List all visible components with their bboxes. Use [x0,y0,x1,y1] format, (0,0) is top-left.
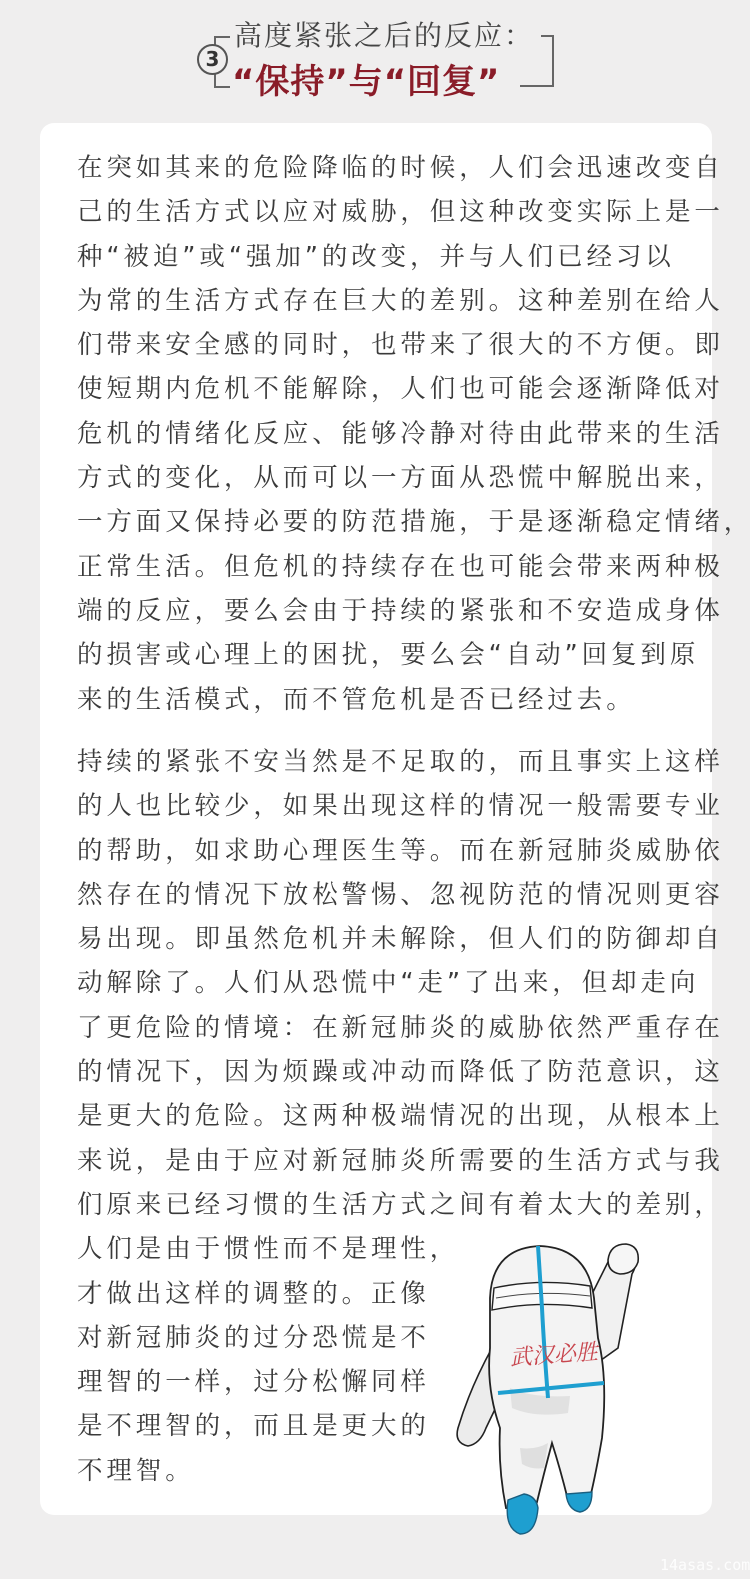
text-line: 了更危险的情境：在新冠肺炎的威胁依然严重存在 [77,1006,677,1050]
text-line: 持续的紧张不安当然是不足取的，而且事实上这样 [77,740,677,784]
text-line: 种“被迫”或“强加”的改变，并与人们已经习以 [77,235,677,279]
text-line: 然存在的情况下放松警惕、忽视防范的情况则更容 [77,873,677,917]
text-line: 来说，是由于应对新冠肺炎所需要的生活方式与我 [77,1139,677,1183]
text-line: 的损害或心理上的困扰，要么会“自动”回复到原 [77,633,677,677]
text-line: 易出现。即虽然危机并未解除，但人们的防御却自 [77,917,677,961]
text-line: 的帮助，如求助心理医生等。而在新冠肺炎威胁依 [77,829,677,873]
right-bracket-vertical [552,35,554,87]
text-line: 危机的情绪化反应、能够冷静对待由此带来的生活 [77,412,677,456]
text-line: 方式的变化，从而可以一方面从恐慌中解脱出来， [77,456,677,500]
medical-worker-illustration: 武汉必胜 [440,1238,660,1538]
text-line: 端的反应，要么会由于持续的紧张和不安造成身体 [77,589,677,633]
section-header: 3 高度紧张之后的反应： “保持”与“回复” [0,0,750,110]
text-line: 正常生活。但危机的持续存在也可能会带来两种极 [77,545,677,589]
watermark-text: 14asas.com [660,1556,750,1574]
text-line: 是更大的危险。这两种极端情况的出现，从根本上 [77,1094,677,1138]
text-line: 动解除了。人们从恐慌中“走”了出来，但却走向 [77,961,677,1005]
paragraph-1: 在突如其来的危险降临的时候，人们会迅速改变自 己的生活方式以应对威胁，但这种改变… [77,146,677,722]
section-title: 高度紧张之后的反应： [234,14,534,54]
text-line: 使短期内危机不能解除，人们也可能会逐渐降低对 [77,367,677,411]
right-bracket-bottom [520,85,554,87]
text-line: 己的生活方式以应对威胁，但这种改变实际上是一 [77,190,677,234]
text-line: 的人也比较少，如果出现这样的情况一般需要专业 [77,784,677,828]
text-line: 为常的生活方式存在巨大的差别。这种差别在给人 [77,279,677,323]
text-line: 在突如其来的危险降临的时候，人们会迅速改变自 [77,146,677,190]
text-line: 来的生活模式，而不管危机是否已经过去。 [77,678,677,722]
text-line: 的情况下，因为烦躁或冲动而降低了防范意识，这 [77,1050,677,1094]
text-line: 们原来已经习惯的生活方式之间有着太大的差别， [77,1183,677,1227]
text-line: 们带来安全感的同时，也带来了很大的不方便。即 [77,323,677,367]
section-subtitle: “保持”与“回复” [232,54,500,103]
text-line: 一方面又保持必要的防范措施，于是逐渐稳定情绪， [77,500,677,544]
section-number-badge: 3 [197,44,228,75]
